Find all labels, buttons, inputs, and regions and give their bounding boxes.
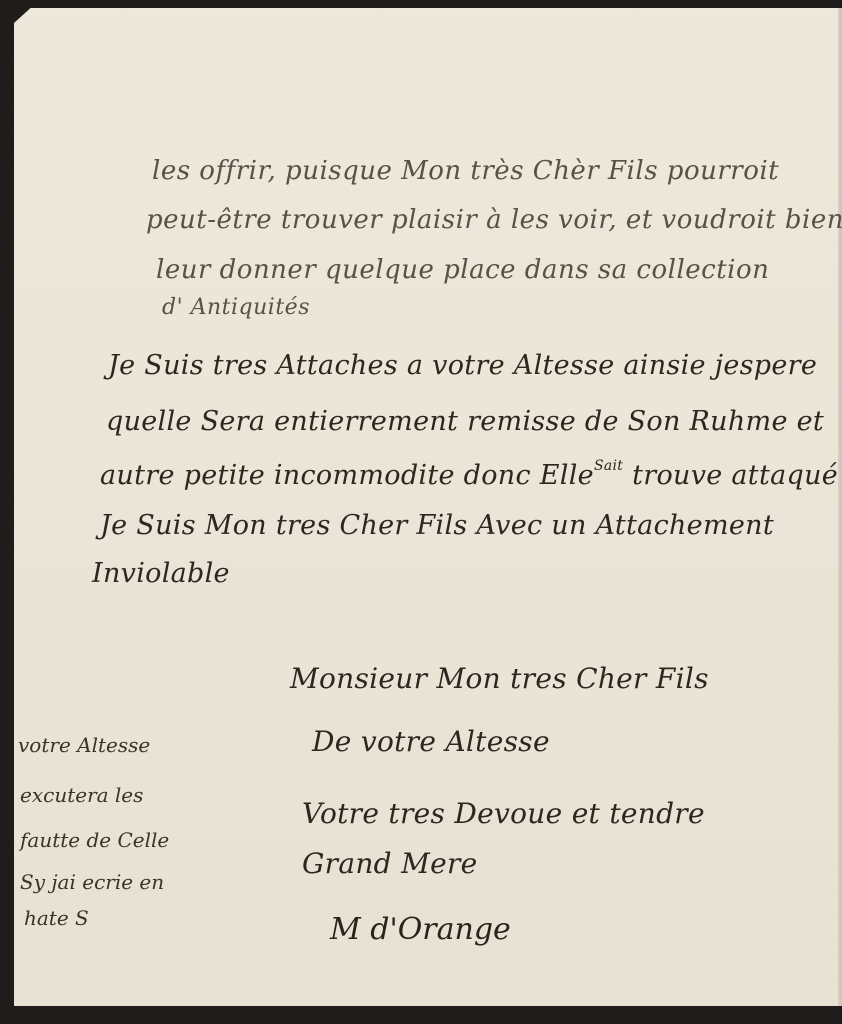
closing-line-3: Votre tres Devoue et tendre	[302, 800, 705, 828]
margin-note-line-1: votre Altesse	[18, 735, 150, 755]
body-line-2: quelle Sera entierrement remisse de Son …	[106, 408, 824, 435]
text-line-4: d' Antiquités	[162, 297, 310, 319]
scanned-letter-page: les offrir, puisque Mon très Chèr Fils p…	[0, 0, 842, 1024]
text-line-3: leur donner quelque place dans sa collec…	[156, 257, 769, 283]
closing-line-2: De votre Altesse	[312, 728, 550, 756]
body-line-3-text: autre petite incommodite donc Elle	[100, 460, 594, 491]
body-line-1: Je Suis tres Attaches a votre Altesse ai…	[108, 352, 817, 379]
body-line-3: autre petite incommodite donc ElleSait t…	[100, 462, 838, 489]
insertion-above-line: Sait	[594, 458, 623, 474]
closing-salutation: Monsieur Mon tres Cher Fils	[290, 665, 709, 693]
paper-edge	[838, 8, 842, 1006]
closing-line-4: Grand Mere	[302, 850, 478, 878]
body-line-5: Inviolable	[92, 560, 230, 587]
margin-note-line-4: Sy jai ecrie en	[20, 872, 164, 892]
margin-note-line-5: hate S	[24, 908, 89, 928]
margin-note-line-2: excutera les	[20, 785, 143, 805]
body-line-4: Je Suis Mon tres Cher Fils Avec un Attac…	[100, 512, 774, 539]
signature: M d'Orange	[330, 915, 511, 945]
body-line-3-continuation: trouve attaqué	[632, 460, 838, 491]
text-line-1: les offrir, puisque Mon très Chèr Fils p…	[152, 158, 779, 184]
text-line-2: peut-être trouver plaisir à les voir, et…	[146, 207, 842, 233]
margin-note-line-3: fautte de Celle	[20, 830, 169, 850]
